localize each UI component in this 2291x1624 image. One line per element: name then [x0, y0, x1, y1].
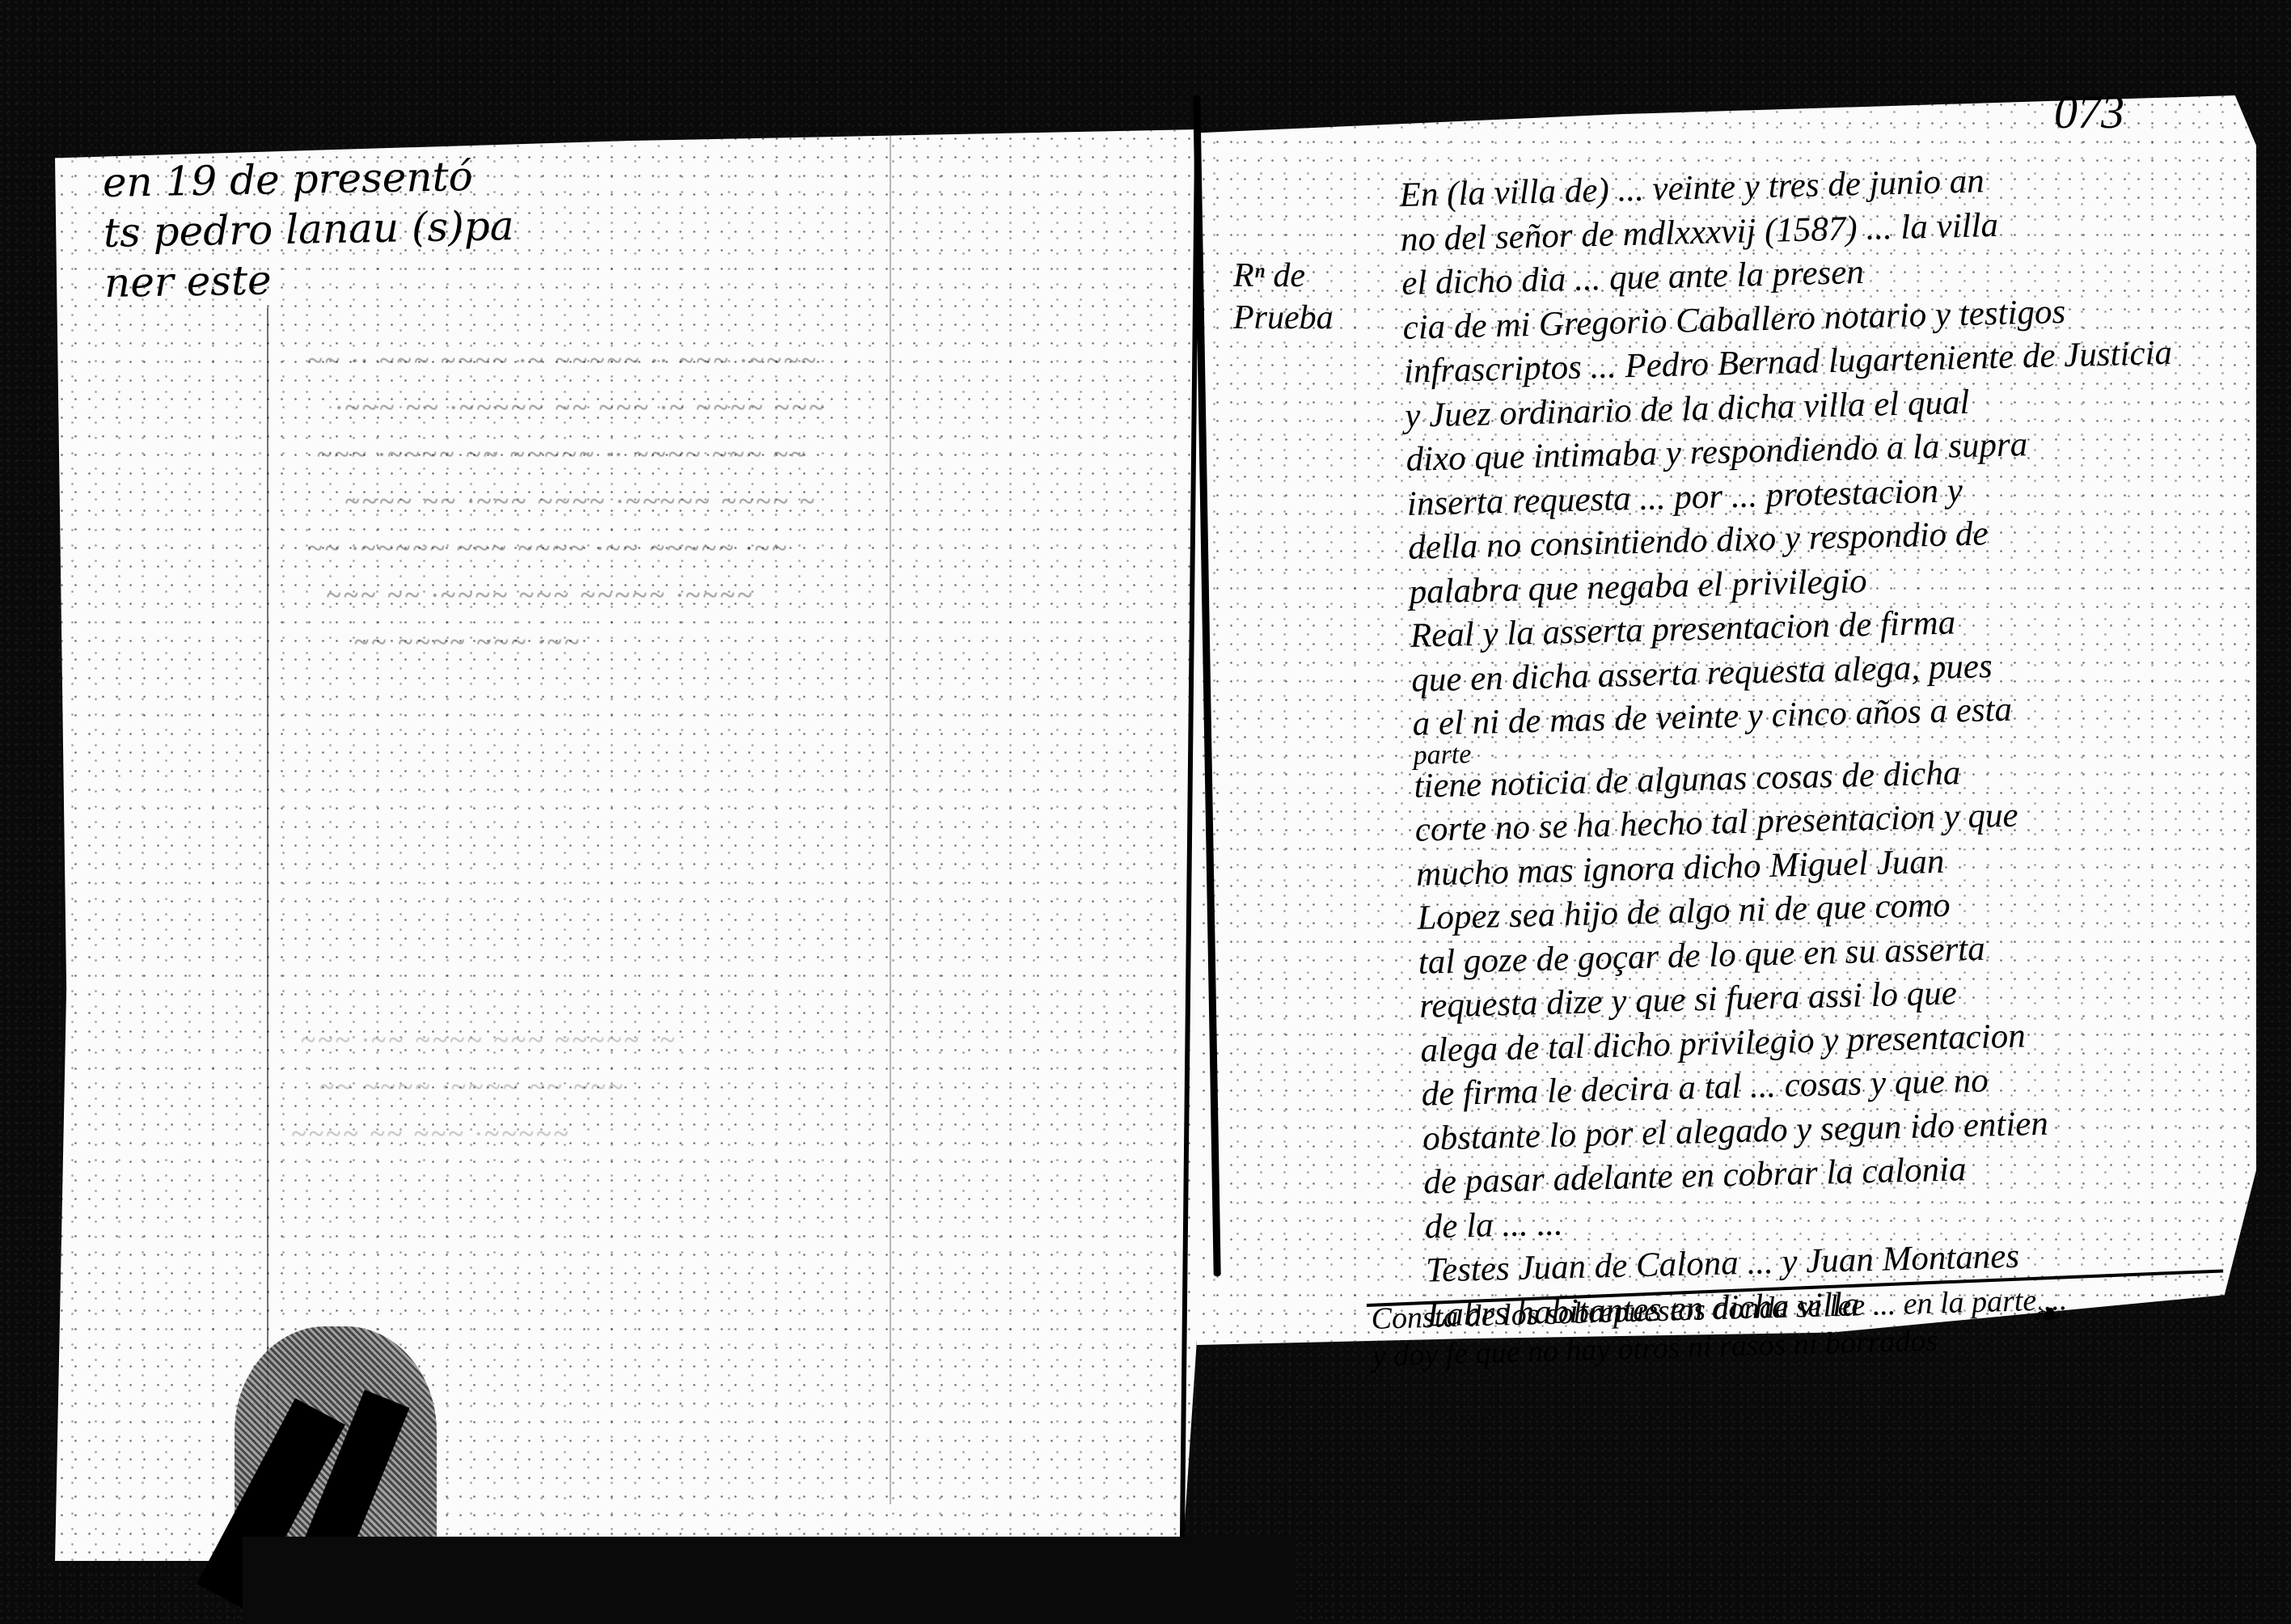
fold-crease	[890, 129, 891, 1504]
notary-signature-flourish: ❧	[2030, 1294, 2060, 1335]
margin-note: Rⁿ de Prueba	[1233, 255, 1334, 339]
left-note-line: en 19 de presentó	[102, 150, 514, 208]
fold-crease	[267, 307, 268, 1440]
bleed-through-text: ~~~ ·~~ ~~~~ ~~~ ~~~~~ ·~ ~~ ~~~~ ·~~~~ …	[291, 971, 677, 1158]
margin-note-line: Rⁿ de	[1233, 255, 1334, 297]
main-text-block: En (la villa de) ... veinte y tres de ju…	[1399, 154, 2252, 1337]
scan-background-bottom	[243, 1537, 1294, 1624]
margin-note-line: Prueba	[1233, 297, 1334, 339]
bleed-through-text: ~~ ·· ~~~ ~~~~ ·~ ~~~~~ ·· ~~~ ·~~~~ ·~~…	[307, 291, 826, 666]
left-note-line: ts pedro lanau (s)pa	[103, 201, 514, 258]
folio-number: 073	[2054, 85, 2124, 139]
left-page-note: en 19 de presentó ts pedro lanau (s)pa n…	[102, 150, 515, 308]
left-note-line: ner este	[104, 251, 516, 308]
